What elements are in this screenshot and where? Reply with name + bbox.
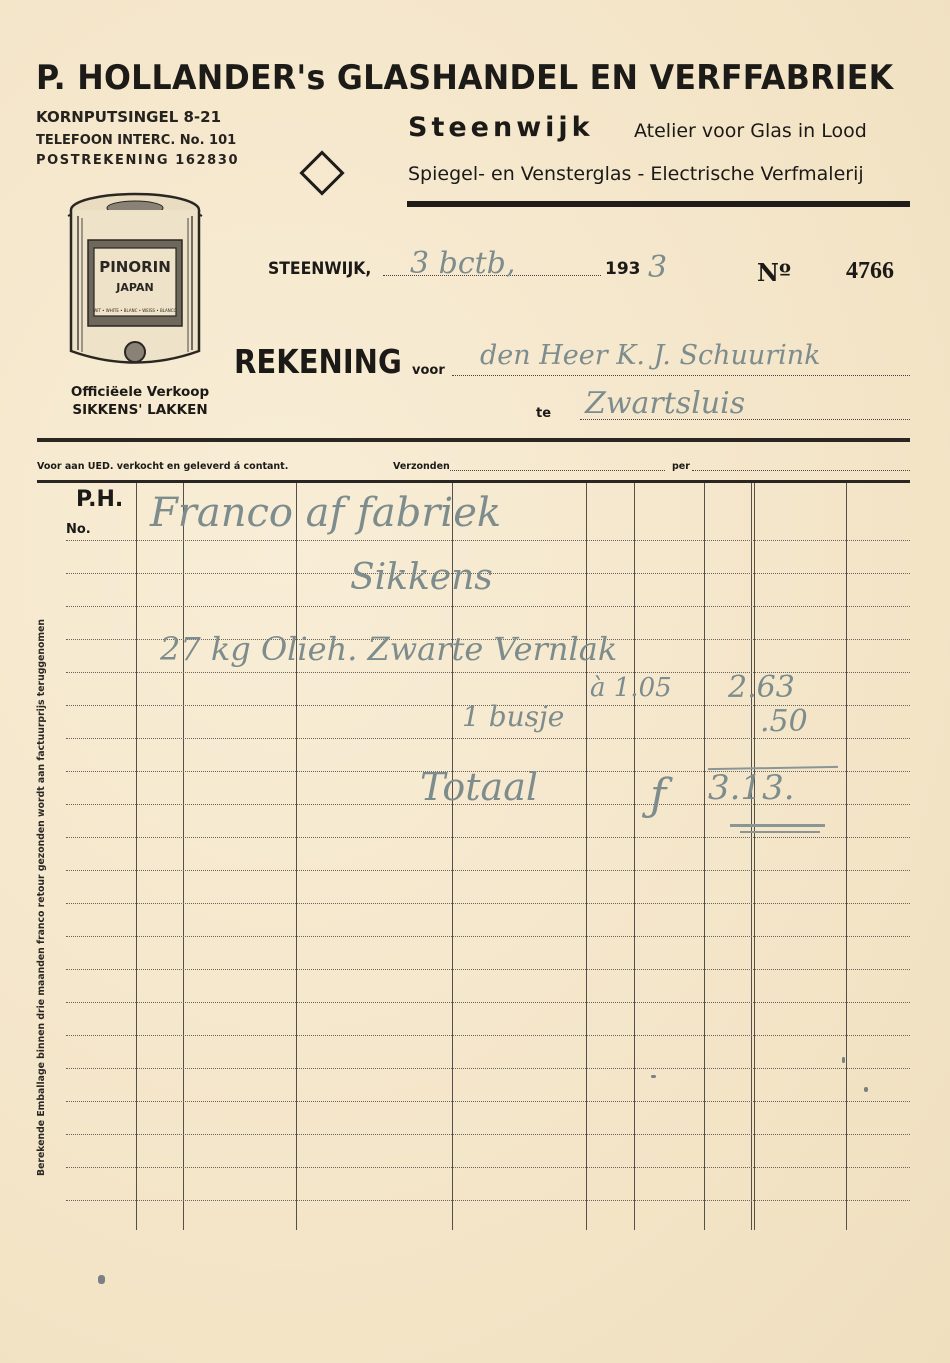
company-address: KORNPUTSINGEL 8-21 (36, 108, 221, 126)
column-divider (751, 483, 752, 1230)
handwritten-entry: Sikkens (350, 557, 493, 598)
shipped-dotted-line (450, 470, 665, 471)
per-dotted-line (692, 470, 910, 471)
year-handwritten: 3 (648, 250, 667, 285)
row-dotted-line (66, 606, 910, 607)
invoice-number: 4766 (846, 258, 894, 285)
handwritten-entry: 3.13. (708, 768, 795, 808)
date-handwritten: 3 bctb, (410, 246, 515, 281)
row-dotted-line (66, 1068, 910, 1069)
row-dotted-line (66, 1101, 910, 1102)
diamond-icon (299, 150, 344, 195)
row-dotted-line (66, 1134, 910, 1135)
company-city: Steenwijk (408, 112, 594, 143)
column-divider (704, 483, 705, 1230)
per-label: per (672, 461, 690, 472)
year-printed: 193 (605, 259, 641, 279)
column-divider (296, 483, 297, 1230)
number-label: Nº (757, 258, 791, 287)
header-rule (407, 201, 910, 207)
packaging-return-note: Berekende Emballage binnen drie maanden … (36, 619, 47, 1176)
handwritten-entry: .50 (760, 704, 808, 739)
row-dotted-line (66, 1200, 910, 1201)
company-postrekening: POSTREKENING 162830 (36, 153, 239, 168)
row-dotted-line (66, 969, 910, 970)
te-label: te (536, 406, 551, 421)
ink-speck (842, 1057, 845, 1063)
official-sale-label: Officiëele Verkoop (65, 384, 215, 400)
recipient-handwritten: den Heer K. J. Schuurink (480, 340, 821, 371)
tagline-glass-lead: Atelier voor Glas in Lood (634, 120, 867, 142)
row-dotted-line (66, 936, 910, 937)
column-divider (846, 483, 847, 1230)
row-dotted-line (66, 870, 910, 871)
separator-rule (37, 438, 910, 442)
column-divider (136, 483, 137, 1230)
row-dotted-line (66, 903, 910, 904)
shipped-label: Verzonden (393, 461, 450, 472)
no-header: No. (66, 522, 91, 537)
row-dotted-line (66, 1167, 910, 1168)
total-double-underline (740, 831, 820, 833)
svg-text:PINORIN: PINORIN (99, 258, 171, 276)
terms-sold: Voor aan UED. verkocht en geleverd á con… (37, 461, 288, 472)
ph-header: P.H. (76, 487, 123, 512)
paint-can-illustration: PINORIN JAPAN WIT • WHITE • BLANC • WEIS… (60, 186, 210, 366)
handwritten-entry: à 1.05 (590, 673, 672, 703)
sikkens-label: SIKKENS' LAKKEN (65, 402, 215, 418)
ink-speck (651, 1075, 656, 1078)
svg-text:JAPAN: JAPAN (115, 281, 153, 294)
handwritten-entry: Totaal (420, 765, 538, 809)
handwritten-entry: ƒ (650, 770, 666, 821)
invoice-title: REKENING (234, 342, 402, 381)
row-dotted-line (66, 1035, 910, 1036)
svg-text:WIT • WHITE • BLANC • WEISS •: WIT • WHITE • BLANC • WEISS • BLANCO (93, 308, 176, 313)
place-label: STEENWIJK, (268, 259, 371, 279)
company-name: P. HOLLANDER's GLASHANDEL EN VERFFABRIEK (36, 58, 893, 98)
tagline-mirror-paint: Spiegel- en Vensterglas - Electrische Ve… (408, 163, 864, 185)
row-dotted-line (66, 837, 910, 838)
row-dotted-line (66, 540, 910, 541)
row-dotted-line (66, 1002, 910, 1003)
location-handwritten: Zwartsluis (585, 386, 745, 421)
handwritten-entry: 1 busje (462, 700, 564, 733)
handwritten-entry: 2.63 (728, 670, 795, 705)
ink-smudge (98, 1275, 105, 1284)
handwritten-entry: 27 kg Olieh. Zwarte Vernlak (160, 630, 617, 668)
handwritten-entry: Franco af fabriek (150, 490, 501, 536)
table-top-rule (37, 480, 910, 483)
company-telephone: TELEFOON INTERC. No. 101 (36, 133, 236, 148)
column-divider (183, 483, 184, 1230)
column-divider (634, 483, 635, 1230)
voor-label: voor (412, 363, 445, 378)
recipient-dotted-line (452, 375, 910, 376)
column-divider (586, 483, 587, 1230)
ink-speck (864, 1087, 868, 1092)
column-divider (754, 483, 755, 1230)
total-underline (730, 824, 825, 827)
